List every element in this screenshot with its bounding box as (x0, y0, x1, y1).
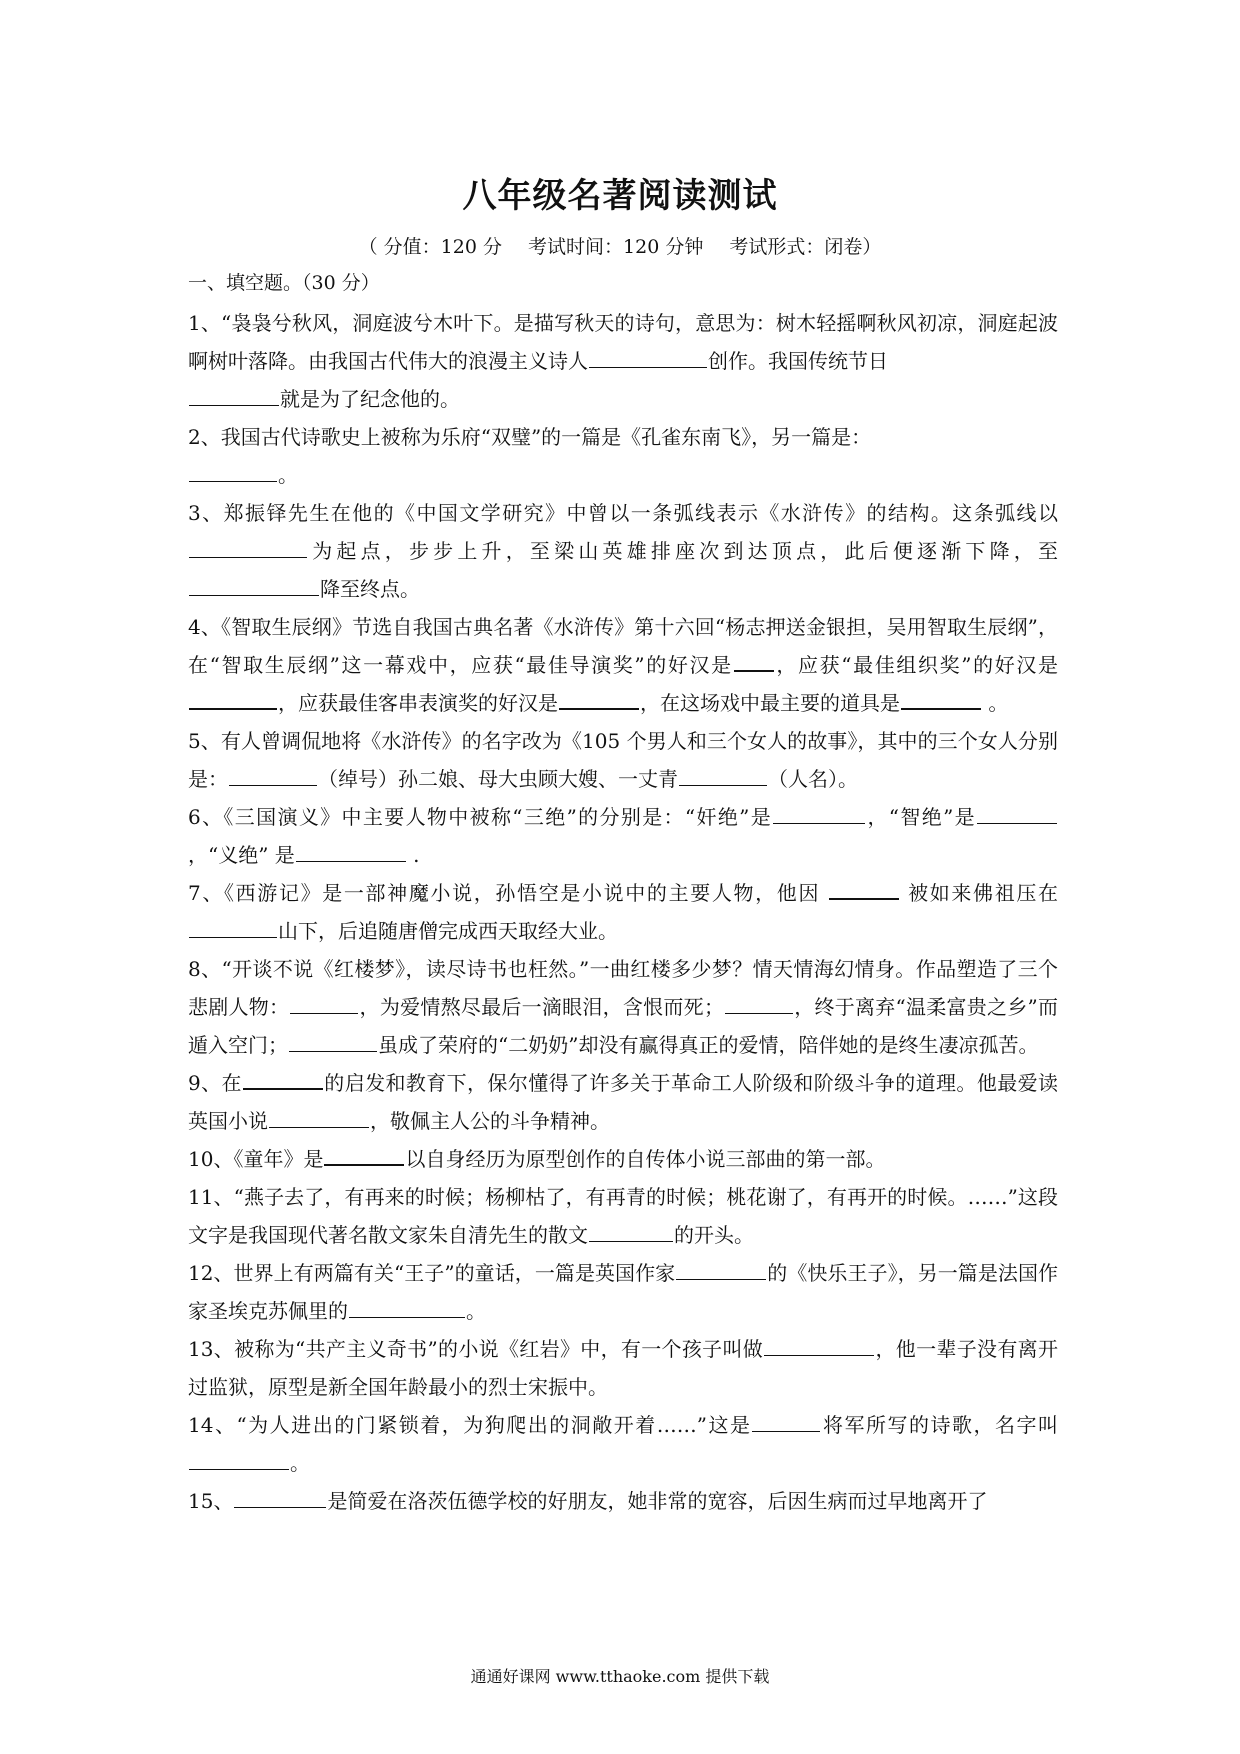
question-1: 1、“袅袅兮秋风，洞庭波兮木叶下。是描写秋天的诗句，意思为：树木轻摇啊秋风初凉，… (188, 304, 1058, 418)
answer-blank[interactable] (829, 876, 899, 900)
answer-blank[interactable] (773, 801, 865, 824)
exam-page: 八年级名著阅读测试 （ 分值：120 分 考试时间：120 分钟 考试形式：闭卷… (0, 0, 1240, 1754)
question-8: 8、“开谈不说《红楼梦》，读尽诗书也枉然。”一曲红楼多少梦？情天情海幻情身。作品… (188, 950, 1058, 1064)
question-7: 7、《西游记》是一部神魔小说，孙悟空是小说中的主要人物，他因 被如来佛祖压在山下… (188, 874, 1058, 950)
answer-blank[interactable] (189, 459, 277, 482)
answer-blank[interactable] (189, 383, 279, 406)
question-12: 12、世界上有两篇有关“王子”的童话，一篇是英国作家的《快乐王子》，另一篇是法国… (188, 1254, 1058, 1330)
answer-blank[interactable] (589, 1219, 673, 1242)
answer-blank[interactable] (977, 801, 1057, 824)
question-15: 15、是简爱在洛茨伍德学校的好朋友，她非常的宽容，后因生病而过早地离开了 (188, 1482, 1058, 1520)
answer-blank[interactable] (349, 1295, 465, 1318)
answer-blank[interactable] (679, 763, 767, 786)
page-footer: 通通好课网 www.tthaoke.com 提供下载 (0, 1664, 1240, 1687)
answer-blank[interactable] (764, 1333, 874, 1356)
answer-blank[interactable] (324, 1142, 404, 1166)
question-11: 11、“燕子去了，有再来的时候；杨柳枯了，有再青的时候；桃花谢了，有再开的时候。… (188, 1178, 1058, 1254)
question-10: 10、《童年》是以自身经历为原型创作的自传体小说三部曲的第一部。 (188, 1140, 1058, 1178)
exam-form: 考试形式：闭卷） (729, 236, 881, 258)
question-5: 5、有人曾调侃地将《水浒传》的名字改为《105 个男人和三个女人的故事》，其中的… (188, 722, 1058, 798)
answer-blank[interactable] (901, 686, 981, 710)
question-4: 4、《智取生辰纲》节选自我国古典名著《水浒传》第十六回“杨志押送金银担，吴用智取… (188, 608, 1058, 722)
question-2: 2、我国古代诗歌史上被称为乐府“双璧”的一篇是《孔雀东南飞》，另一篇是：。 (188, 418, 1058, 494)
answer-blank[interactable] (189, 915, 277, 938)
answer-blank[interactable] (234, 1485, 326, 1508)
exam-time: 考试时间：120 分钟 (528, 236, 703, 258)
answer-blank[interactable] (189, 535, 307, 558)
exam-score: （ 分值：120 分 (359, 236, 502, 258)
answer-blank[interactable] (189, 686, 277, 710)
answer-blank[interactable] (269, 1105, 369, 1128)
answer-blank[interactable] (290, 991, 358, 1014)
answer-blank[interactable] (589, 345, 707, 368)
answer-blank[interactable] (189, 1447, 289, 1470)
answer-blank[interactable] (559, 686, 639, 710)
answer-blank[interactable] (676, 1257, 766, 1280)
document-title: 八年级名著阅读测试 (0, 168, 1240, 217)
exam-meta: （ 分值：120 分 考试时间：120 分钟 考试形式：闭卷） (0, 232, 1240, 259)
answer-blank[interactable] (725, 991, 793, 1014)
answer-blank[interactable] (229, 763, 317, 786)
answer-blank[interactable] (189, 573, 319, 596)
answer-blank[interactable] (734, 648, 774, 672)
answer-blank[interactable] (752, 1409, 820, 1432)
question-3: 3、郑振铎先生在他的《中国文学研究》中曾以一条弧线表示《水浒传》的结构。这条弧线… (188, 494, 1058, 608)
question-13: 13、被称为“共产主义奇书”的小说《红岩》中，有一个孩子叫做，他一辈子没有离开过… (188, 1330, 1058, 1406)
question-14: 14、“为人进出的门紧锁着，为狗爬出的洞敞开着……”这是将军所写的诗歌，名字叫。 (188, 1406, 1058, 1482)
section-header: 一、填空题。（30 分） (188, 268, 380, 295)
answer-blank[interactable] (289, 1029, 377, 1052)
question-9: 9、在的启发和教育下，保尔懂得了许多关于革命工人阶级和阶级斗争的道理。他最爱读英… (188, 1064, 1058, 1140)
question-6: 6、《三国演义》中主要人物中被称“三绝”的分别是：“奸绝”是，“智绝”是，“义绝… (188, 798, 1058, 874)
answer-blank[interactable] (296, 839, 406, 862)
answer-blank[interactable] (243, 1066, 323, 1090)
question-list: 1、“袅袅兮秋风，洞庭波兮木叶下。是描写秋天的诗句，意思为：树木轻摇啊秋风初凉，… (188, 304, 1058, 1520)
